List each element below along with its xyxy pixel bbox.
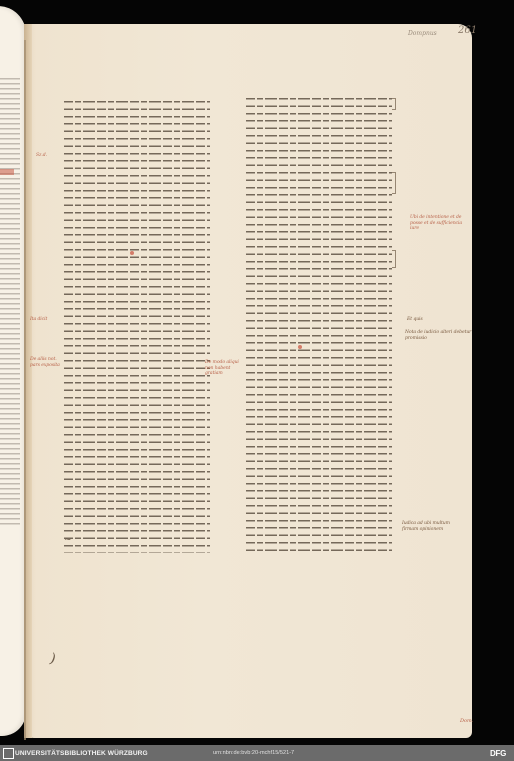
margin-note-right-2: Et quis xyxy=(407,317,457,323)
manuscript-viewer: Dompnus 261 Sz.d. Ita dicit De aliis not… xyxy=(0,0,514,745)
pen-stroke: ~ xyxy=(64,535,72,545)
margin-bracket xyxy=(392,98,396,110)
margin-bracket xyxy=(392,172,396,194)
previous-page-edge xyxy=(0,6,26,736)
rubric-mark xyxy=(298,345,302,349)
library-logo-icon xyxy=(3,748,14,759)
text-column-right xyxy=(246,95,392,553)
handwritten-text xyxy=(64,98,210,553)
urn-link[interactable]: urn:nbn:de:bvb:20-mchf15/521-7 xyxy=(213,750,294,756)
corner-annotation: Dom. xyxy=(460,718,473,724)
binding-gutter xyxy=(24,40,26,740)
library-name: UNIVERSITÄTSBIBLIOTHEK WÜRZBURG xyxy=(15,750,148,757)
folio-number: 261 xyxy=(458,25,477,36)
margin-note-left-mid: Ita dicit xyxy=(30,317,62,323)
previous-page-rubric xyxy=(0,169,14,175)
dfg-logo[interactable]: DFG xyxy=(490,749,506,758)
previous-page-text xyxy=(0,78,20,528)
handwritten-text xyxy=(246,95,392,553)
text-column-left xyxy=(64,98,210,553)
viewer-footer: UNIVERSITÄTSBIBLIOTHEK WÜRZBURG urn:nbn:… xyxy=(0,745,514,761)
rubric-mark xyxy=(130,251,134,255)
margin-note-right-4: Iudica ad ubi multum firmam opinionem xyxy=(402,521,466,532)
margin-note-right-1: Ubi de intentione et de posse et de suff… xyxy=(410,215,472,232)
running-head: Dompnus xyxy=(408,30,437,37)
margin-note-left-top: Sz.d. xyxy=(36,153,60,159)
margin-note-right-3: Nota de iudicio alteri debetur promissio xyxy=(405,330,473,341)
library-logo[interactable]: UNIVERSITÄTSBIBLIOTHEK WÜRZBURG xyxy=(3,748,148,759)
margin-bracket xyxy=(392,250,396,268)
margin-note-left-lower: De aliis not. pars exposita xyxy=(30,357,64,368)
margin-note-center: De modo aliqui non habent gratiam xyxy=(205,360,245,377)
